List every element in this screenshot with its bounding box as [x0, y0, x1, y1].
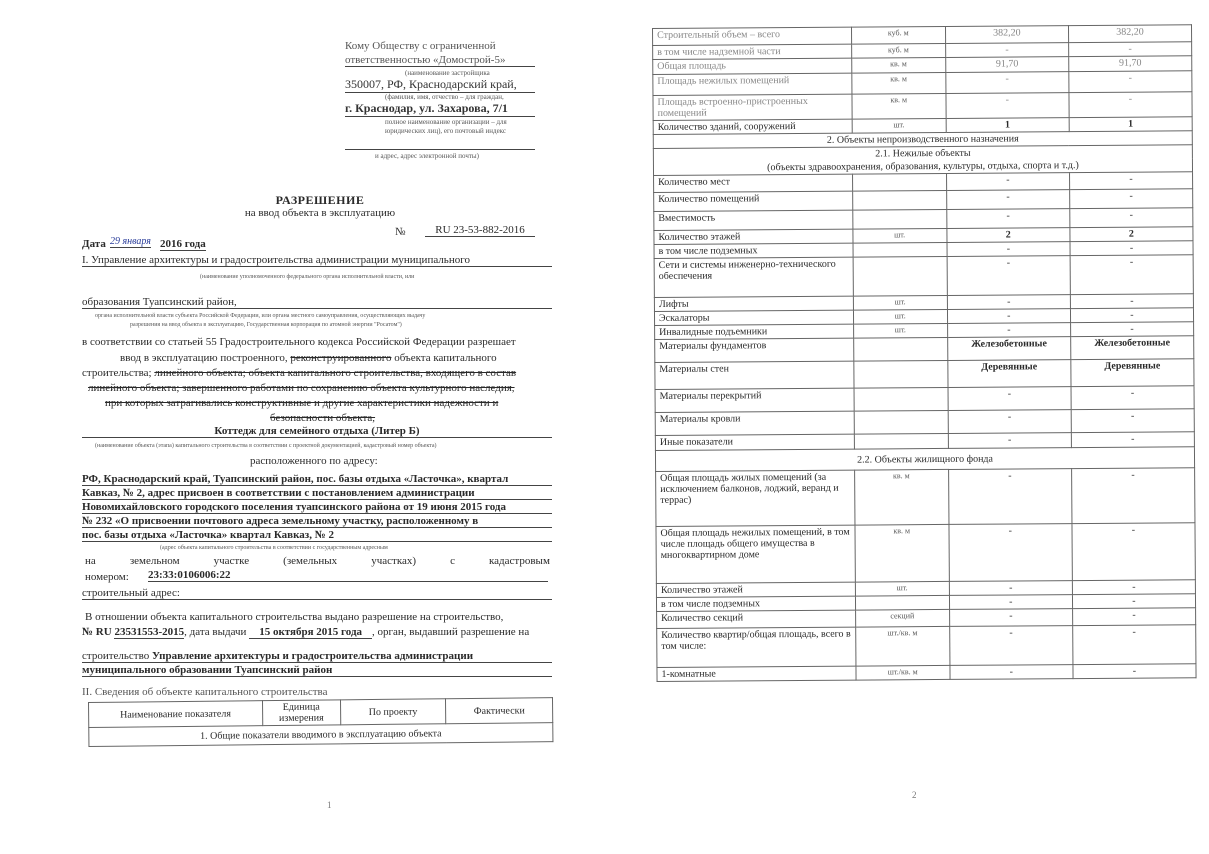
permit-ref-date: 15 октября 2015 года [249, 626, 372, 639]
indicator-project-value: - [949, 524, 1073, 582]
indicator-project-value: - [945, 43, 1068, 58]
address-caption: (адрес объекта капитального строительств… [160, 545, 388, 551]
permit-number-label: № [395, 226, 406, 238]
indicator-actual-value: 91,70 [1069, 56, 1192, 72]
indicator-name: Количество мест [654, 174, 853, 192]
indicator-name: 1-комнатные [657, 666, 856, 681]
indicator-project-value: - [946, 72, 1069, 94]
indicator-name: в том числе надземной части [653, 44, 852, 59]
issuing-organ-line-2: образования Туапсинский район, [82, 296, 552, 309]
indicator-unit: шт. [852, 118, 946, 133]
indicator-actual-value: - [1070, 322, 1193, 337]
header-actual: Фактически [446, 698, 553, 724]
land-word: участке [214, 555, 250, 567]
indicator-name: Сети и системы инженерно-технического об… [654, 257, 853, 297]
indicator-project-value: - [950, 665, 1073, 680]
table-row: Общая площадь нежилых помещений, в том ч… [656, 523, 1195, 584]
permit-ref-line-1: В отношении объекта капитального строите… [85, 611, 503, 623]
indicator-name: Количество этажей [654, 229, 853, 244]
indicator-project-value: - [947, 309, 1070, 324]
indicator-unit: шт. [853, 228, 947, 243]
permit-organ-label: строительство [82, 650, 149, 662]
indicator-name: Материалы кровли [655, 411, 854, 435]
indicator-actual-value: - [1072, 523, 1196, 581]
indicator-project-value: 91,70 [945, 57, 1068, 73]
indicator-actual-value: - [1070, 308, 1193, 323]
indicator-actual-value: - [1071, 468, 1195, 524]
recipient-line-4: г. Краснодар, ул. Захарова, 7/1 [345, 101, 535, 117]
build-address: строительный адрес: [82, 587, 552, 600]
indicator-project-value: - [947, 242, 1070, 257]
indicator-unit [853, 337, 947, 361]
date-handwritten: 29 января [110, 236, 151, 248]
permit-text-2c: объекта капитального [391, 352, 496, 364]
indicator-project-value: - [947, 295, 1070, 310]
header-project: По проекту [340, 699, 446, 725]
indicator-actual-value: - [1073, 664, 1196, 679]
indicator-name: Материалы фундаментов [655, 338, 854, 362]
table-row: Площадь встроенно-пристроенных помещений… [653, 92, 1192, 121]
indicator-unit [854, 410, 948, 434]
header-unit: Единица измерения [262, 700, 340, 726]
indicator-unit [854, 387, 948, 411]
indicator-actual-value: - [1070, 189, 1193, 209]
indicator-actual-value: - [1072, 594, 1195, 609]
land-word: участках) [371, 555, 416, 567]
indicator-unit: кв. м [851, 72, 945, 94]
permit-text-6: безопасности объекта, [270, 412, 375, 424]
indicator-unit [853, 360, 947, 388]
date-label: Дата [82, 238, 106, 250]
recipient-caption-3: полное наименование организации – для [385, 118, 507, 126]
permit-text-3b: линейного объекта; объекта капитального … [154, 367, 516, 379]
permit-ref-line-2: № RU 23531553-2015, дата выдачи 15 октяб… [82, 626, 529, 638]
indicators-table: Строительный объем – всегокуб. м382,2038… [652, 24, 1197, 682]
indicator-unit [852, 173, 946, 191]
recipient-line-blank [345, 149, 535, 150]
indicator-project-value: - [946, 93, 1069, 119]
indicator-project-value: - [948, 410, 1071, 434]
permit-text-2a: ввод в эксплуатацию построенного, [120, 352, 290, 364]
indicator-project-value: - [949, 609, 1072, 627]
indicator-name: Строительный объем – всего [653, 27, 852, 45]
object-name: Коттедж для семейного отдыха (Литер Б) [82, 425, 552, 438]
indicator-unit [852, 209, 946, 229]
table-row: Общая площадь жилых помещений (за исключ… [656, 468, 1195, 527]
indicator-project-value: - [948, 469, 1071, 525]
indicator-actual-value: - [1070, 294, 1193, 309]
indicator-unit [854, 433, 948, 449]
indicator-project-value: - [946, 173, 1069, 191]
table-row: Количество квартир/общая площадь, всего … [657, 625, 1196, 668]
indicator-project-value: - [949, 581, 1072, 596]
indicator-actual-value: Деревянные [1071, 359, 1194, 387]
indicator-project-value: - [946, 190, 1069, 210]
indicator-unit: шт. [853, 295, 947, 310]
permit-text-1: в соответствии со статьей 55 Градостроит… [82, 336, 516, 348]
cadastral-number: 23:33:0106006:22 [148, 569, 548, 582]
permit-number: RU 23-53-882-2016 [425, 224, 535, 237]
indicator-name: Эскалаторы [654, 310, 853, 325]
indicator-project-value: - [947, 256, 1070, 296]
page-2: Строительный объем – всегокуб. м382,2038… [640, 0, 1209, 854]
indicator-name: Общая площадь жилых помещений (за исключ… [656, 470, 855, 526]
indicator-unit: куб. м [851, 43, 945, 58]
indicator-unit: шт. [853, 323, 947, 338]
indicator-actual-value: 2 [1070, 227, 1193, 242]
indicator-actual-value: - [1072, 608, 1195, 626]
indicator-project-value: - [949, 595, 1072, 610]
indicator-actual-value: - [1071, 432, 1194, 448]
indicator-name: Материалы перекрытий [655, 388, 854, 412]
section-2-title: II. Сведения об объекте капитального стр… [82, 686, 328, 698]
indicator-unit: кв. м [852, 93, 946, 119]
indicator-project-value: - [947, 323, 1070, 338]
date-year: 2016 года [160, 238, 206, 251]
land-word: кадастровым [489, 555, 550, 567]
indicator-name: в том числе подземных [654, 243, 853, 258]
indicator-unit: секций [855, 609, 949, 627]
indicator-actual-value: - [1070, 241, 1193, 256]
indicator-name: Площадь встроенно-пристроенных помещений [653, 94, 852, 120]
indicator-name: Инвалидные подъемники [655, 324, 854, 339]
permit-text-4: линейного объекта; завершенного работами… [88, 382, 515, 394]
indicator-actual-value: - [1072, 580, 1195, 595]
permit-text-5: при которых затрагивались конструктивные… [105, 397, 498, 409]
indicator-actual-value: Железобетонные [1071, 336, 1194, 360]
indicator-project-value: 1 [946, 118, 1069, 133]
indicator-name: Количество этажей [656, 582, 855, 597]
indicator-unit [853, 256, 947, 296]
indicator-name: Площадь нежилых помещений [653, 73, 852, 95]
indicator-actual-value: - [1068, 42, 1191, 57]
indicator-name: Количество секций [657, 610, 856, 628]
table-row: 1-комнатныешт./кв. м-- [657, 664, 1196, 682]
issuing-organ-line-1: I. Управление архитектуры и градостроите… [82, 254, 552, 267]
indicator-actual-value: 382,20 [1068, 25, 1191, 43]
indicator-name: Лифты [654, 296, 853, 311]
indicator-name: в том числе подземных [656, 596, 855, 611]
permit-ref-date-label: , дата выдачи [184, 626, 246, 638]
indicator-project-value: Железобетонные [947, 337, 1070, 361]
object-caption: (наименование объекта (этапа) капитально… [95, 443, 437, 449]
permit-organ-line-2: муниципального образовании Туапсинский р… [82, 664, 552, 677]
located-label: расположенного по адресу: [250, 455, 378, 467]
permit-ref-no-label: № RU [82, 626, 112, 638]
recipient-caption-2: (фамилия, имя, отчество – для граждан, [385, 93, 504, 101]
indicator-unit: шт. [855, 581, 949, 596]
indicator-actual-value: - [1069, 71, 1192, 93]
indicators-table-header: Наименование показателя Единица измерени… [88, 697, 553, 747]
address-line-2: Кавказ, № 2, адрес присвоен в соответств… [82, 487, 552, 500]
indicator-unit: шт./кв. м [856, 665, 950, 680]
document-subtitle: на ввод объекта в эксплуатацию [0, 207, 640, 219]
indicator-name: Количество помещений [654, 191, 853, 211]
recipient-line-2: ответственностью «Домострой-5» [345, 54, 535, 67]
indicator-actual-value: - [1073, 625, 1196, 665]
issuing-organ-caption-3: разрешения на ввод объекта в эксплуатаци… [130, 322, 402, 328]
indicator-unit: кв. м [851, 57, 945, 73]
indicator-name: Количество квартир/общая площадь, всего … [657, 627, 856, 667]
land-word: с [450, 555, 455, 567]
cadastral-label: номером: [85, 571, 129, 583]
indicator-name: Вместимость [654, 210, 853, 230]
indicator-actual-value: - [1070, 255, 1193, 295]
indicator-unit: шт./кв. м [855, 626, 949, 666]
indicator-project-value: - [948, 387, 1071, 411]
recipient-line-1: Кому Обществу с ограниченной [345, 40, 496, 52]
permit-text-2: ввод в эксплуатацию построенного, реконс… [120, 352, 497, 364]
address-line-5: пос. базы отдыха «Ласточка» квартал Кавк… [82, 529, 552, 542]
indicator-name: Количество зданий, сооружений [653, 119, 852, 134]
recipient-caption-1: (наименование застройщика [405, 69, 490, 77]
indicator-name: Общая площадь нежилых помещений, в том ч… [656, 525, 855, 583]
land-word: земельном [130, 555, 180, 567]
indicator-name: Материалы стен [655, 361, 854, 389]
recipient-line-3: 350007, РФ, Краснодарский край, [345, 77, 535, 93]
address-line-3: Новомихайловского городского поселения т… [82, 501, 552, 514]
indicator-unit [855, 595, 949, 610]
permit-text-3: строительства; линейного объекта; объект… [82, 367, 516, 379]
table-row: Материалы стенДеревянныеДеревянные [655, 359, 1194, 390]
indicator-actual-value: - [1069, 172, 1192, 190]
indicator-unit [853, 242, 947, 257]
permit-ref-no: 23531553-2015 [114, 626, 184, 639]
indicator-project-value: Деревянные [948, 360, 1071, 388]
recipient-caption-4: юридических лиц), его почтовый индекс [385, 127, 506, 135]
indicator-unit: кв. м [855, 524, 950, 582]
indicator-actual-value: - [1069, 92, 1192, 118]
indicator-actual-value: - [1071, 409, 1194, 433]
table-row: Сети и системы инженерно-технического об… [654, 255, 1193, 298]
indicator-actual-value: 1 [1069, 117, 1192, 132]
issuing-organ-caption-1: (наименование уполномоченного федерально… [200, 274, 414, 280]
permit-organ-name-1: Управление архитектуры и градостроительс… [152, 650, 473, 662]
land-plot-text: на земельном участке (земельных участках… [85, 555, 550, 567]
permit-ref-tail: , орган, выдавший разрешение на [372, 626, 529, 638]
page-1: Кому Обществу с ограниченной ответственн… [0, 0, 640, 854]
header-name: Наименование показателя [89, 701, 263, 728]
indicator-unit: куб. м [851, 26, 945, 44]
indicator-project-value: - [948, 433, 1071, 449]
indicator-name: Иные показатели [655, 434, 854, 450]
indicator-project-value: - [949, 626, 1072, 666]
land-word: на [85, 555, 96, 567]
issuing-organ-caption-2: органа исполнительной власти субъекта Ро… [95, 313, 425, 319]
indicator-project-value: 2 [947, 228, 1070, 243]
indicator-unit [852, 190, 946, 210]
permit-text-3a: строительства; [82, 367, 154, 379]
table-section-1: 1. Общие показатели вводимого в эксплуат… [89, 723, 553, 747]
indicator-project-value: - [947, 209, 1070, 229]
document-title: РАЗРЕШЕНИЕ [0, 193, 640, 208]
page-number-2: 2 [912, 790, 917, 800]
land-word: (земельных [283, 555, 337, 567]
indicator-unit: кв. м [854, 469, 949, 525]
address-line-4: № 232 «О присвоении почтового адреса зем… [82, 515, 552, 528]
indicator-project-value: 382,20 [945, 26, 1068, 44]
indicator-actual-value: - [1071, 386, 1194, 410]
page-number-1: 1 [327, 800, 332, 810]
address-line-1: РФ, Краснодарский край, Туапсинский райо… [82, 473, 552, 486]
permit-text-2b: реконструированного [290, 352, 391, 364]
recipient-caption-5: и адрес, адрес электронной почты) [375, 152, 479, 160]
indicator-unit: шт. [853, 309, 947, 324]
indicator-name: Общая площадь [653, 58, 852, 74]
indicator-actual-value: - [1070, 208, 1193, 228]
permit-organ-line-1: строительство Управление архитектуры и г… [82, 650, 552, 663]
